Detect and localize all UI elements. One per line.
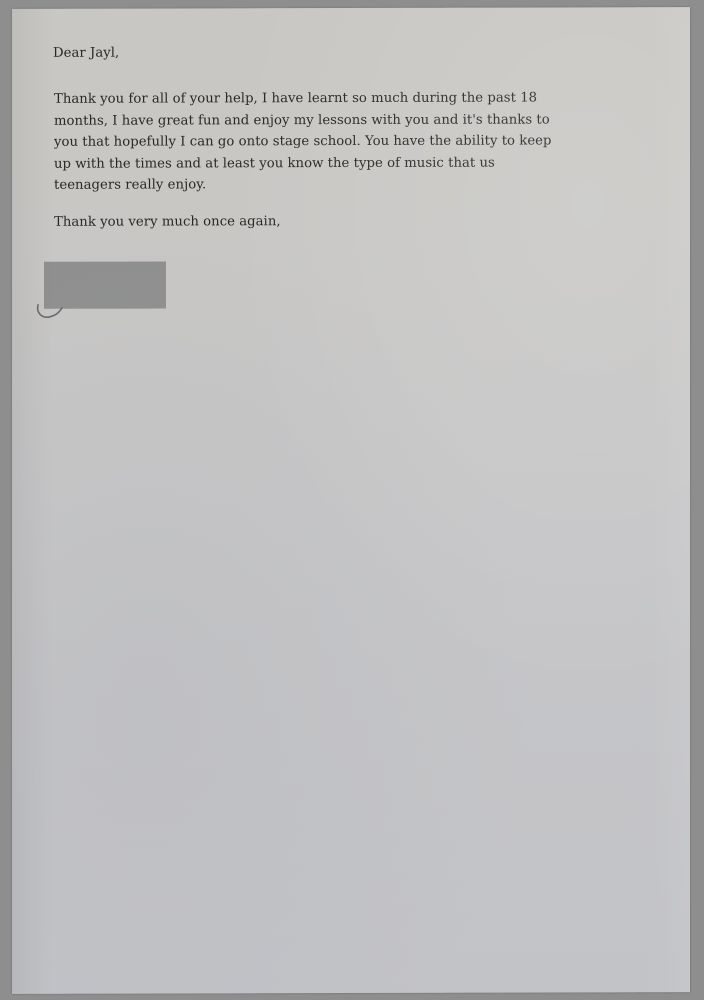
letter-paper: Dear Jayl, Thank you for all of your hel…: [12, 7, 690, 994]
body-line: months, I have great fun and enjoy my le…: [54, 109, 634, 132]
body-line: Thank you for all of your help, I have l…: [54, 87, 634, 110]
body-line: you that hopefully I can go onto stage s…: [54, 130, 634, 153]
signature-stroke-icon: [32, 299, 72, 329]
salutation: Dear Jayl,: [53, 46, 119, 61]
body-paragraph: Thank you for all of your help, I have l…: [54, 87, 634, 196]
body-line: teenagers really enjoy.: [54, 173, 634, 196]
closing-line: Thank you very much once again,: [54, 214, 281, 230]
letter-content: Dear Jayl, Thank you for all of your hel…: [53, 7, 633, 9]
body-line: up with the times and at least you know …: [54, 152, 634, 175]
